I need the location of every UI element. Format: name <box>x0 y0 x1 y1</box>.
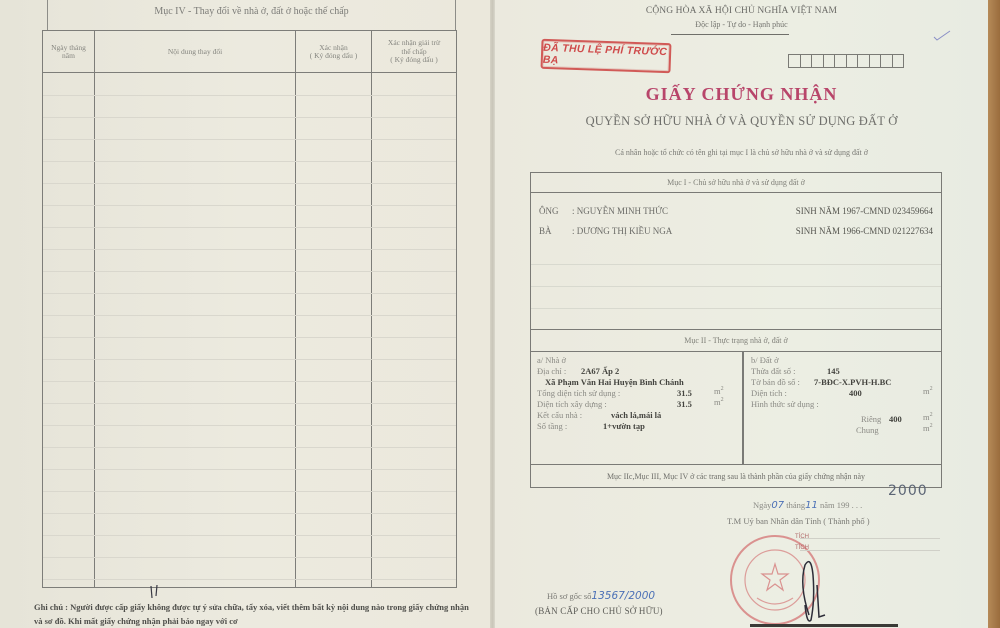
fee-paid-stamp: ĐÃ THU LỆ PHÍ TRƯỚC BẠ <box>541 39 672 74</box>
map-sheet-label: Tờ bản đồ số : <box>751 377 800 388</box>
address-line1: 2A67 Ấp 2 <box>581 366 619 377</box>
certificate-description: Cá nhân hoặc tổ chức có tên ghi tại mục … <box>495 148 988 157</box>
built-area-label: Diện tích xây dựng : <box>537 399 607 410</box>
shared-area-unit: m2 <box>923 423 933 433</box>
note-text: Ghi chú : Người được cấp giấy không được… <box>34 600 474 628</box>
house-heading: a/ Nhà ở <box>537 355 566 366</box>
issuing-committee: T.M Uỷ ban Nhân dân Tỉnh ( Thành phố ) <box>727 516 870 526</box>
section-i-owners: Mục I - Chủ sở hữu nhà ở và sử dụng đất … <box>530 172 942 330</box>
certificate-subtitle: QUYỀN SỞ HỮU NHÀ Ở VÀ QUYỀN SỬ DỤNG ĐẤT … <box>495 114 988 129</box>
file-number-value: 13567/2000 <box>591 590 655 602</box>
file-number-label: Hồ sơ gốc số <box>547 591 591 601</box>
month-label: tháng <box>786 500 805 510</box>
built-area-unit: m2 <box>714 397 724 407</box>
nation-header: CỘNG HÒA XÃ HỘI CHỦ NGHĨA VIỆT NAM <box>495 6 988 16</box>
owner-row: ÔNG : NGUYỄN MINH THỨC SINH NĂM 1967-CMN… <box>539 206 933 216</box>
land-area-label: Diện tích : <box>751 388 787 399</box>
left-page: Mục IV - Thay đổi về nhà ở, đất ở hoặc t… <box>0 0 493 628</box>
section-iv-header: Mục IV - Thay đổi về nhà ở, đất ở hoặc t… <box>47 0 456 30</box>
file-number: Hồ sơ gốc số13567/2000 <box>547 590 655 602</box>
checkmark-icon <box>932 28 952 42</box>
month-value: 11 <box>805 500 818 511</box>
owner-copy-note: (BẢN CẤP CHO CHỦ SỞ HỮU) <box>535 606 663 616</box>
floors-value: 1+vườn tạp <box>603 421 645 432</box>
serial-box <box>892 54 905 68</box>
land-area-value: 400 <box>849 388 862 399</box>
changes-table: Ngày tháng năm Nội dung thay đổi Xác nhậ… <box>42 30 457 588</box>
year-label: năm 199 . . . <box>820 500 862 510</box>
section-i-empty-lines <box>531 243 941 329</box>
right-page: CỘNG HÒA XÃ HỘI CHỦ NGHĨA VIỆT NAM Độc l… <box>495 0 988 628</box>
section-i-title: Mục I - Chủ sở hữu nhà ở và sử dụng đất … <box>531 173 941 193</box>
parcel-value: 145 <box>827 366 840 377</box>
owner-name: : DƯƠNG THỊ KIỀU NGA <box>572 226 672 236</box>
header-mortgage-release: Xác nhận giải trừ thế chấp ( Ký đóng dấu… <box>372 31 456 73</box>
private-area-value: 400 <box>889 414 902 425</box>
owner-id-info: SINH NĂM 1966-CMND 021227634 <box>796 226 933 236</box>
header-change-content: Nội dung thay đổi <box>95 31 295 73</box>
day-label: Ngày <box>753 500 771 510</box>
section-ii-property: Mục II - Thực trạng nhà ở, đất ở a/ Nhà … <box>530 330 942 465</box>
map-sheet-value: 7-BĐC-X.PVH-H.BC <box>814 377 891 388</box>
address-line2: Xã Phạm Văn Hai Huyện Bình Chánh <box>545 377 684 388</box>
handwritten-year: 2000 <box>888 483 928 499</box>
owner-name: : NGUYỄN MINH THỨC <box>572 206 668 216</box>
section-ii-body: a/ Nhà ở Địa chỉ : 2A67 Ấp 2 Xã Phạm Văn… <box>531 352 941 464</box>
empty-table-rows <box>43 74 456 587</box>
section-iv-title: Mục IV - Thay đổi về nhà ở, đất ở hoặc t… <box>48 6 455 17</box>
day-value: 07 <box>771 500 784 511</box>
motto: Độc lập - Tự do - Hạnh phúc <box>495 20 988 29</box>
signature-underline <box>750 624 898 627</box>
land-area-unit: m2 <box>923 386 933 396</box>
land-heading: b/ Đất ở <box>751 355 779 366</box>
private-label: Riêng <box>861 414 881 425</box>
section-footer: Mục IIc,Mục III, Mục IV ở các trang sau … <box>530 464 942 488</box>
parcel-label: Thửa đất số : <box>751 366 796 377</box>
wooden-table-edge <box>988 0 1000 628</box>
structure-value: vách lá,mái lá <box>611 410 661 421</box>
certificate-title: GIẤY CHỨNG NHẬN <box>495 84 988 105</box>
structure-label: Kết cấu nhà : <box>537 410 582 421</box>
owner-title: BÀ <box>539 226 567 236</box>
shared-label: Chung <box>856 425 879 436</box>
header-date: Ngày tháng năm <box>43 31 94 73</box>
signature-labels: TÍCH TÍCH <box>795 532 809 554</box>
built-area-value: 31.5 <box>677 399 692 410</box>
owner-row: BÀ : DƯƠNG THỊ KIỀU NGA SINH NĂM 1966-CM… <box>539 226 933 236</box>
section-ii-title: Mục II - Thực trạng nhà ở, đất ở <box>531 330 941 352</box>
owner-title: ÔNG <box>539 206 567 216</box>
section-ii-divider <box>742 352 744 464</box>
issue-date: Ngày07 tháng11 năm 199 . . . <box>753 500 862 511</box>
total-area-unit: m2 <box>714 386 724 396</box>
total-area-label: Tổng diện tích sử dụng : <box>537 388 620 399</box>
owner-id-info: SINH NĂM 1967-CMND 023459664 <box>796 206 933 216</box>
private-area-unit: m2 <box>923 412 933 422</box>
signature-icon <box>795 555 835 625</box>
motto-underline <box>671 34 789 35</box>
floors-label: Số tầng : <box>537 421 567 432</box>
serial-number-boxes <box>788 54 903 68</box>
address-label: Địa chỉ : <box>537 366 566 377</box>
usage-label: Hình thức sử dụng : <box>751 399 819 410</box>
header-confirmation: Xác nhận ( Ký đóng dấu ) <box>296 31 371 73</box>
total-area-value: 31.5 <box>677 388 692 399</box>
